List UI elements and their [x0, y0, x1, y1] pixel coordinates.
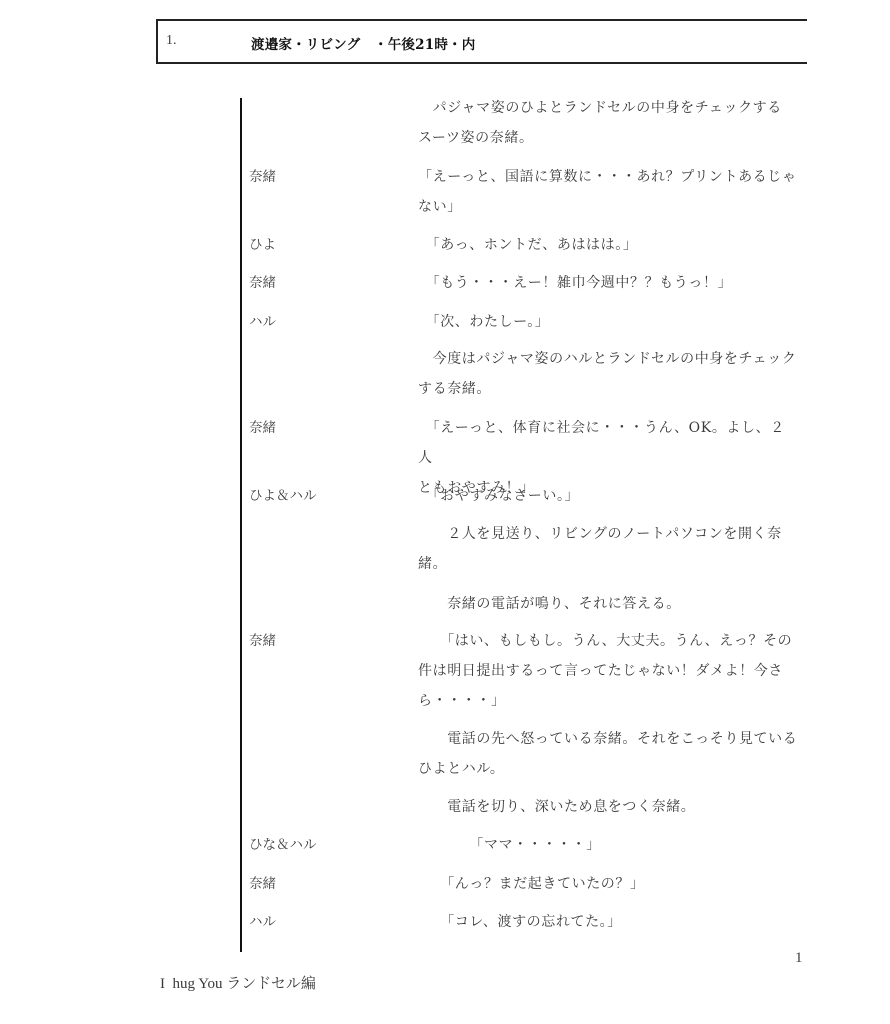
page-number: 1 [795, 950, 803, 967]
speaker-name: ひよ [249, 230, 276, 260]
action-text: ２人を見送り、リビングのノートパソコンを開く奈 緒。 [418, 519, 798, 579]
document-footer-title: I hug You ランドセル編 [160, 972, 316, 993]
speaker-name: 奈緒 [249, 869, 276, 899]
dialogue-text: 「おやすみなさーい。」 [418, 481, 798, 511]
dialogue-text: 「もう・・・えー！雑巾今週中？？もうっ！」 [418, 268, 798, 298]
speaker-name: 奈緒 [249, 626, 276, 656]
dialogue-text: 「次、わたしー。」 [418, 307, 798, 337]
speaker-name: 奈緒 [249, 268, 276, 298]
scene-heading-box: 1. 渡邉家・リビング ・午後21時・内 [156, 19, 807, 64]
speaker-name: ひな＆ハル [249, 830, 317, 860]
action-text: 電話を切り、深いため息をつく奈緒。 [418, 792, 798, 822]
action-text: 今度はパジャマ姿のハルとランドセルの中身をチェック する奈緒。 [418, 344, 798, 404]
action-text: 電話の先へ怒っている奈緒。それをこっそり見ている ひよとハル。 [418, 724, 798, 784]
dialogue-text: 「コレ、渡すの忘れてた。」 [418, 907, 798, 937]
speaker-name: ハル [249, 907, 276, 937]
speaker-name: ひよ＆ハル [249, 481, 317, 511]
action-text: 奈緒の電話が鳴り、それに答える。 [418, 589, 798, 619]
scene-number: 1. [166, 33, 177, 49]
dialogue-text: 「えーっと、国語に算数に・・・あれ？プリントあるじゃ ない」 [418, 162, 798, 222]
dialogue-text: 「あっ、ホントだ、あははは。」 [418, 230, 798, 260]
dialogue-text: 「はい、もしもし。うん、大丈夫。うん、えっ？その 件は明日提出するって言ってたじ… [418, 626, 798, 716]
scene-heading: 渡邉家・リビング ・午後21時・内 [251, 33, 475, 53]
speaker-name: 奈緒 [249, 162, 276, 192]
dialogue-text: 「んっ？まだ起きていたの？」 [418, 869, 798, 899]
action-text: パジャマ姿のひよとランドセルの中身をチェックする スーツ姿の奈緒。 [418, 93, 798, 153]
script-margin-line [240, 98, 242, 952]
dialogue-text: 「ママ・・・・・」 [418, 830, 798, 860]
speaker-name: 奈緒 [249, 413, 276, 443]
speaker-name: ハル [249, 307, 276, 337]
